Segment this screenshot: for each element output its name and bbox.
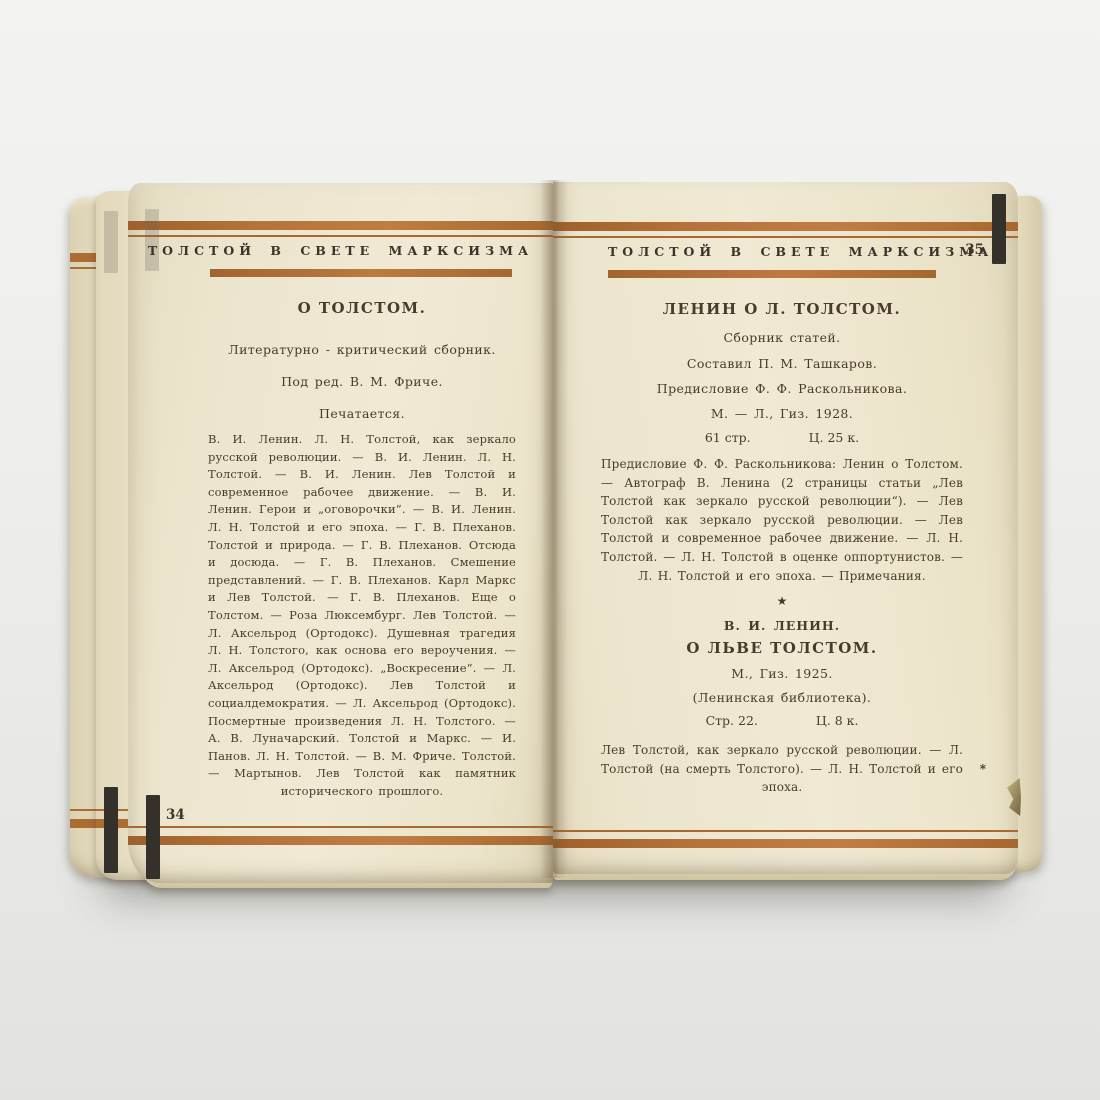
- star-divider-icon: ★: [601, 594, 963, 608]
- edge-ink-mark: [146, 795, 160, 879]
- edge-ink-mark-faint: [145, 209, 159, 271]
- paper-tear: [1004, 778, 1021, 816]
- bottom-rule-thin: [553, 830, 1018, 832]
- entry1-pages-price-row: 61 стр. Ц. 25 к.: [601, 429, 963, 446]
- entry1-contents-list: Предисловие Ф. Ф. Раскольникова: Ленин о…: [601, 455, 963, 585]
- entry-subtitle: Литературно - критический сборник.: [208, 341, 516, 358]
- left-page: ТОЛСТОЙ В СВЕТЕ МАРКСИЗМА О ТОЛСТОМ. Лит…: [128, 183, 553, 883]
- entry2-pages-label: Стр. 22.: [706, 712, 758, 729]
- header-underline-bar: [210, 269, 512, 277]
- entry2-series-line: (Ленинская библиотека).: [601, 689, 963, 706]
- entry-editor-line: Под ред. В. М. Фриче.: [208, 373, 516, 390]
- entry1-pages-label: 61 стр.: [705, 429, 751, 446]
- signature-asterisk: *: [980, 762, 986, 776]
- page-number: 35: [965, 242, 984, 258]
- entry2-pages-price-row: Стр. 22. Ц. 8 к.: [601, 712, 963, 729]
- entry2-imprint-line: М., Гиз. 1925.: [601, 665, 963, 682]
- entry2-title: О ЛЬВЕ ТОЛСТОМ.: [601, 639, 963, 657]
- edge-ink-mark: [104, 787, 118, 873]
- left-page-text-column: О ТОЛСТОМ. Литературно - критический сбо…: [208, 295, 516, 800]
- edge-ink-mark: [992, 194, 1006, 264]
- entry2-price-label: Ц. 8 к.: [816, 712, 859, 729]
- entry1-compiler-line: Составил П. М. Ташкаров.: [601, 355, 963, 372]
- entry-title: О ТОЛСТОМ.: [208, 299, 516, 317]
- entry1-imprint-line: М. — Л., Гиз. 1928.: [601, 405, 963, 422]
- entry2-author-line: В. И. ЛЕНИН.: [601, 617, 963, 634]
- top-rule-thin: [128, 235, 553, 237]
- top-rule-thin: [553, 236, 1018, 238]
- bottom-rule-thin: [128, 826, 553, 828]
- entry1-subtitle: Сборник статей.: [601, 329, 963, 346]
- top-rule-thick: [128, 221, 553, 230]
- running-header: ТОЛСТОЙ В СВЕТЕ МАРКСИЗМА: [128, 243, 553, 258]
- running-header: ТОЛСТОЙ В СВЕТЕ МАРКСИЗМА: [608, 244, 938, 259]
- page-number: 34: [166, 807, 185, 823]
- entry1-price-label: Ц. 25 к.: [809, 429, 860, 446]
- photo-of-open-book: ТОЛСТОЙ В СВЕТЕ МАРКСИЗМА О ТОЛСТОМ. Лит…: [0, 0, 1100, 1100]
- top-rule-thick: [553, 222, 1018, 231]
- entry1-title: ЛЕНИН О Л. ТОЛСТОМ.: [601, 300, 963, 318]
- entry1-preface-line: Предисловие Ф. Ф. Раскольникова.: [601, 380, 963, 397]
- bottom-rule-thick: [553, 839, 1018, 848]
- edge-ink-mark-faint: [104, 211, 118, 273]
- bottom-rule-thick: [128, 836, 553, 845]
- entry-contents-list: В. И. Ленин. Л. Н. Толстой, как зеркало …: [208, 431, 516, 800]
- entry2-contents-list: Лев Толстой, как зеркало русской революц…: [601, 741, 963, 797]
- right-page: ТОЛСТОЙ В СВЕТЕ МАРКСИЗМА 35 ЛЕНИН О Л. …: [553, 182, 1018, 874]
- header-underline-bar: [608, 270, 936, 278]
- right-page-text-column: ЛЕНИН О Л. ТОЛСТОМ. Сборник статей. Сост…: [601, 287, 963, 797]
- entry-status-line: Печатается.: [208, 405, 516, 422]
